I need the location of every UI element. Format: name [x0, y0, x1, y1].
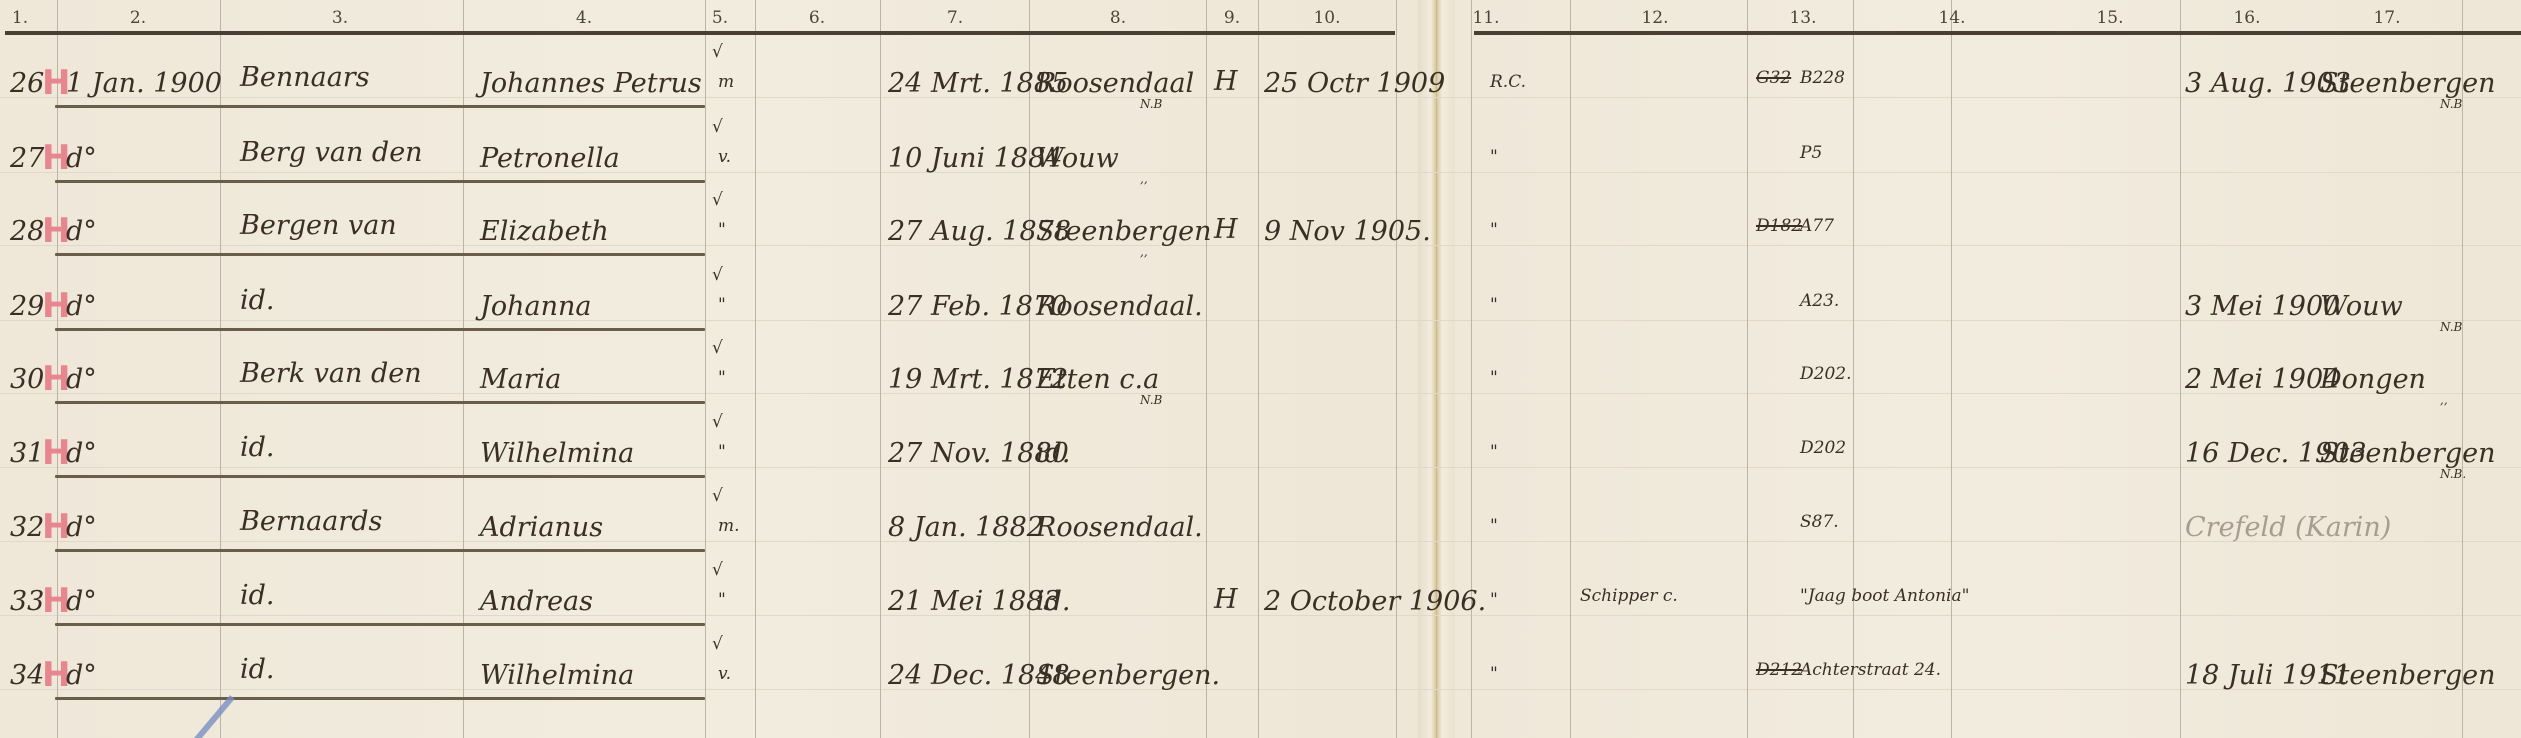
faint-ruling	[0, 615, 2521, 616]
col-divider	[463, 0, 464, 738]
row-number: 31	[10, 440, 44, 467]
birth-place: Roosendaal.	[1036, 514, 1203, 541]
row-underline	[55, 105, 705, 108]
faint-ruling	[0, 320, 2521, 321]
departure-date: 2 Mei 1904	[2185, 366, 2340, 393]
column-13-reference: Achterstraat 24.	[1800, 662, 1941, 679]
column-number: 13.	[1789, 8, 1816, 28]
header-rule-left	[5, 31, 1395, 35]
faint-ruling	[0, 541, 2521, 542]
faint-ruling	[0, 689, 2521, 690]
row-underline	[55, 623, 705, 626]
given-names: Maria	[480, 366, 561, 393]
col-divider	[1951, 0, 1952, 738]
entry-date: d°	[66, 145, 97, 172]
column-number: 5.	[712, 8, 728, 28]
destination-province: N.B	[2440, 98, 2462, 110]
religion: "	[1490, 297, 1498, 314]
birth-place-province: N.B	[1140, 394, 1162, 406]
col-divider	[1853, 0, 1854, 738]
religion: "	[1490, 370, 1498, 387]
column-13-reference: D202	[1800, 440, 1846, 457]
column-number: 15.	[2096, 8, 2123, 28]
birth-place: Steenbergen.	[1036, 662, 1220, 689]
surname: Berk van den	[240, 360, 422, 387]
column-13-reference: "Jaag boot Antonia"	[1800, 588, 1969, 605]
column-13-reference: P5	[1800, 145, 1822, 162]
col-divider	[1396, 0, 1397, 738]
column-13-struck: D212	[1756, 662, 1802, 679]
departure-date: Crefeld (Karin)	[2185, 514, 2391, 541]
column-13-reference: A23.	[1800, 293, 1839, 310]
destination: Wouw	[2320, 293, 2403, 320]
column-number: 16.	[2233, 8, 2260, 28]
destination-province: ,,	[2440, 394, 2448, 406]
sex: m	[718, 74, 734, 91]
given-names: Petronella	[480, 145, 620, 172]
row-underline	[55, 549, 705, 552]
destination-province: N.B	[2440, 321, 2462, 333]
column-number: 6.	[809, 8, 825, 28]
row-number: 27	[10, 145, 44, 172]
entry-date: d°	[66, 588, 97, 615]
book-gutter	[1418, 0, 1455, 738]
col-divider	[1747, 0, 1748, 738]
surname: id.	[240, 582, 275, 609]
entry-date: d°	[66, 218, 97, 245]
birth-place: Roosendaal.	[1036, 293, 1203, 320]
religion: "	[1490, 592, 1498, 609]
col-divider	[1258, 0, 1259, 738]
row-number: 28	[10, 218, 44, 245]
column-9-mark: H	[1214, 586, 1238, 613]
row-underline	[55, 475, 705, 478]
column-9-mark: H	[1214, 68, 1238, 95]
entry-date: 1 Jan. 1900	[66, 70, 222, 97]
faint-ruling	[0, 172, 2521, 173]
birth-place: Wouw	[1036, 145, 1119, 172]
row-number: 30	[10, 366, 44, 393]
sex: "	[718, 370, 726, 387]
check-mark: √	[712, 119, 723, 136]
column-10-date: 9 Nov 1905.	[1264, 218, 1431, 245]
faint-ruling	[0, 97, 2521, 98]
surname: Bernaards	[240, 508, 382, 535]
given-names: Wilhelmina	[480, 662, 634, 689]
row-number: 34	[10, 662, 44, 689]
col-divider	[1570, 0, 1571, 738]
birth-date: 21 Mei 1883	[888, 588, 1061, 615]
header-rule-right	[1474, 31, 2521, 35]
row-underline	[55, 253, 705, 256]
column-13-struck: D182	[1756, 218, 1802, 235]
column-number: 14.	[1938, 8, 1965, 28]
birth-place: id.	[1036, 588, 1071, 615]
entry-date: d°	[66, 366, 97, 393]
col-divider	[755, 0, 756, 738]
row-number: 33	[10, 588, 44, 615]
column-number: 17.	[2373, 8, 2400, 28]
col-divider	[1471, 0, 1472, 738]
check-mark: √	[712, 636, 723, 653]
surname: id.	[240, 287, 275, 314]
column-number: 9.	[1224, 8, 1240, 28]
check-mark: √	[712, 562, 723, 579]
entry-date: d°	[66, 514, 97, 541]
column-number: 2.	[130, 8, 146, 28]
surname: id.	[240, 656, 275, 683]
column-number: 3.	[332, 8, 348, 28]
faint-ruling	[0, 393, 2521, 394]
col-divider	[880, 0, 881, 738]
column-number: 8.	[1110, 8, 1126, 28]
birth-date: 8 Jan. 1882	[888, 514, 1044, 541]
column-10-date: 25 Octr 1909	[1264, 70, 1445, 97]
column-number: 11.	[1472, 8, 1499, 28]
surname: Bergen van	[240, 212, 397, 239]
check-mark: √	[712, 192, 723, 209]
check-mark: √	[712, 414, 723, 431]
check-mark: √	[712, 340, 723, 357]
column-13-reference: D202.	[1800, 366, 1851, 383]
destination-province: N.B.	[2440, 468, 2466, 480]
given-names: Wilhelmina	[480, 440, 634, 467]
given-names: Elizabeth	[480, 218, 609, 245]
birth-place: Etten c.a	[1036, 366, 1159, 393]
col-divider	[705, 0, 706, 738]
birth-place: Roosendaal	[1036, 70, 1194, 97]
sex: "	[718, 222, 726, 239]
column-13-reference: S87.	[1800, 514, 1839, 531]
entry-date: d°	[66, 293, 97, 320]
destination: Dongen	[2320, 366, 2426, 393]
religion: "	[1490, 518, 1498, 535]
sex: "	[718, 297, 726, 314]
entry-date: d°	[66, 440, 97, 467]
column-number: 4.	[576, 8, 592, 28]
destination: Steenbergen	[2320, 662, 2496, 689]
occupation: Schipper c.	[1580, 588, 1678, 605]
column-13-reference: B228	[1800, 70, 1845, 87]
surname: Berg van den	[240, 139, 423, 166]
sex: "	[718, 444, 726, 461]
sex: m.	[718, 518, 740, 535]
birth-place: Steenbergen	[1036, 218, 1212, 245]
column-number: 12.	[1641, 8, 1668, 28]
entry-date: d°	[66, 662, 97, 689]
departure-date: 3 Mei 1900	[2185, 293, 2340, 320]
sex: v.	[718, 149, 731, 166]
birth-place-province: ,,	[1140, 173, 1148, 185]
column-number: 7.	[947, 8, 963, 28]
col-divider	[1206, 0, 1207, 738]
row-number: 32	[10, 514, 44, 541]
birth-place: id.	[1036, 440, 1071, 467]
sex: "	[718, 592, 726, 609]
row-underline	[55, 697, 705, 700]
column-10-date: 2 October 1906.	[1264, 588, 1486, 615]
check-mark: √	[712, 488, 723, 505]
row-number: 29	[10, 293, 44, 320]
column-13-reference: A77	[1800, 218, 1834, 235]
column-9-mark: H	[1214, 216, 1238, 243]
faint-ruling	[0, 467, 2521, 468]
column-13-struck: G32	[1756, 70, 1791, 87]
religion: "	[1490, 222, 1498, 239]
row-number: 26	[10, 70, 44, 97]
birth-place-province: ,,	[1140, 246, 1148, 258]
surname: Bennaars	[240, 64, 370, 91]
faint-ruling	[0, 245, 2521, 246]
row-underline	[55, 180, 705, 183]
row-underline	[55, 328, 705, 331]
check-mark: √	[712, 44, 723, 61]
religion: "	[1490, 149, 1498, 166]
column-number: 10.	[1313, 8, 1340, 28]
destination: Steenbergen	[2320, 70, 2496, 97]
col-divider	[2180, 0, 2181, 738]
given-names: Johanna	[480, 293, 591, 320]
column-number: 1.	[12, 8, 28, 28]
given-names: Adrianus	[480, 514, 603, 541]
given-names: Andreas	[480, 588, 593, 615]
surname: id.	[240, 434, 275, 461]
col-divider	[220, 0, 221, 738]
religion: "	[1490, 666, 1498, 683]
given-names: Johannes Petrus	[480, 70, 702, 97]
religion: "	[1490, 444, 1498, 461]
col-divider	[2462, 0, 2463, 738]
row-underline	[55, 401, 705, 404]
sex: v.	[718, 666, 731, 683]
birth-place-province: N.B	[1140, 98, 1162, 110]
destination: Steenbergen	[2320, 440, 2496, 467]
religion: R.C.	[1490, 74, 1526, 91]
check-mark: √	[712, 267, 723, 284]
